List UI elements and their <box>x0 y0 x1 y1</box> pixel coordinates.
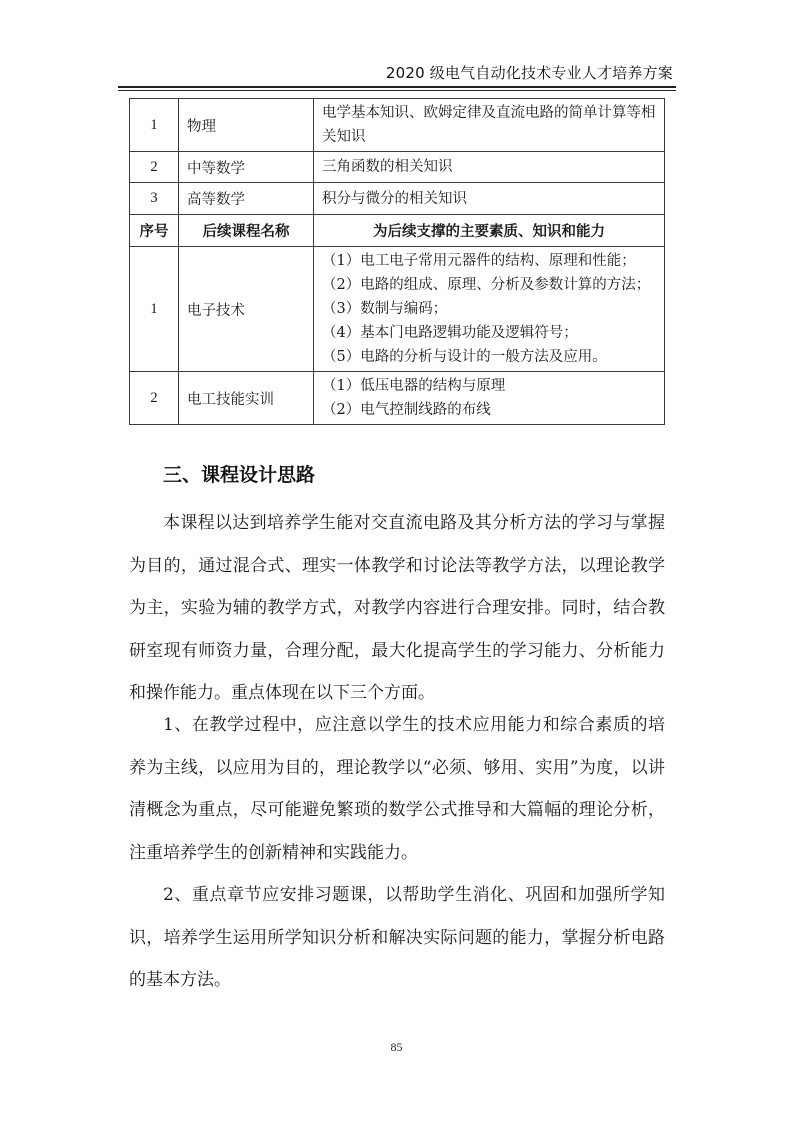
table-row: 1 物理 电学基本知识、欧姆定律及直流电路的简单计算等相关知识 <box>130 99 665 152</box>
row-number: 2 <box>130 152 179 183</box>
document-header-title: 2020 级电气自动化技术专业人才培养方案 <box>386 62 673 83</box>
course-name: 中等数学 <box>179 152 314 183</box>
table-header-row: 序号 后续课程名称 为后续支撑的主要素质、知识和能力 <box>130 215 665 247</box>
list-item: （1）电工电子常用元器件的结构、原理和性能； <box>322 249 656 273</box>
course-description: 三角函数的相关知识 <box>314 152 665 183</box>
course-name: 电子技术 <box>179 247 314 372</box>
list-item: （2）电路的组成、原理、分析及参数计算的方法； <box>322 273 656 297</box>
paragraph-intro: 本课程以达到培养学生能对交直流电路及其分析方法的学习与掌握为目的，通过混合式、理… <box>129 502 665 715</box>
section-heading: 三、课程设计思路 <box>163 460 315 487</box>
list-item: （3）数制与编码； <box>322 297 656 321</box>
list-item: （5）电路的分析与设计的一般方法及应用。 <box>322 345 656 369</box>
row-number: 1 <box>130 99 179 152</box>
paragraph-point-1: 1、在教学过程中，应注意以学生的技术应用能力和综合素质的培养为主线，以应用为目的… <box>129 704 665 874</box>
header-double-rule <box>118 86 676 91</box>
column-header-course-name: 后续课程名称 <box>179 215 314 247</box>
list-item: （2）电气控制线路的布线 <box>322 398 656 422</box>
course-relations-table: 1 物理 电学基本知识、欧姆定律及直流电路的简单计算等相关知识 2 中等数学 三… <box>129 98 665 425</box>
row-number: 3 <box>130 183 179 215</box>
course-name: 电工技能实训 <box>179 372 314 425</box>
column-header-number: 序号 <box>130 215 179 247</box>
table-row: 2 中等数学 三角函数的相关知识 <box>130 152 665 183</box>
table-row: 2 电工技能实训 （1）低压电器的结构与原理 （2）电气控制线路的布线 <box>130 372 665 425</box>
column-header-support: 为后续支撑的主要素质、知识和能力 <box>314 215 665 247</box>
course-description: 积分与微分的相关知识 <box>314 183 665 215</box>
course-support-list: （1）低压电器的结构与原理 （2）电气控制线路的布线 <box>314 372 665 425</box>
course-description: 电学基本知识、欧姆定律及直流电路的简单计算等相关知识 <box>314 99 665 152</box>
course-support-list: （1）电工电子常用元器件的结构、原理和性能； （2）电路的组成、原理、分析及参数… <box>314 247 665 372</box>
course-name: 高等数学 <box>179 183 314 215</box>
course-name: 物理 <box>179 99 314 152</box>
list-item: （1）低压电器的结构与原理 <box>322 374 656 398</box>
row-number: 2 <box>130 372 179 425</box>
page-number: 85 <box>0 1040 793 1055</box>
row-number: 1 <box>130 247 179 372</box>
list-item: （4）基本门电路逻辑功能及逻辑符号； <box>322 321 656 345</box>
table-row: 3 高等数学 积分与微分的相关知识 <box>130 183 665 215</box>
paragraph-point-2: 2、重点章节应安排习题课，以帮助学生消化、巩固和加强所学知识，培养学生运用所学知… <box>129 874 665 1002</box>
table-row: 1 电子技术 （1）电工电子常用元器件的结构、原理和性能； （2）电路的组成、原… <box>130 247 665 372</box>
